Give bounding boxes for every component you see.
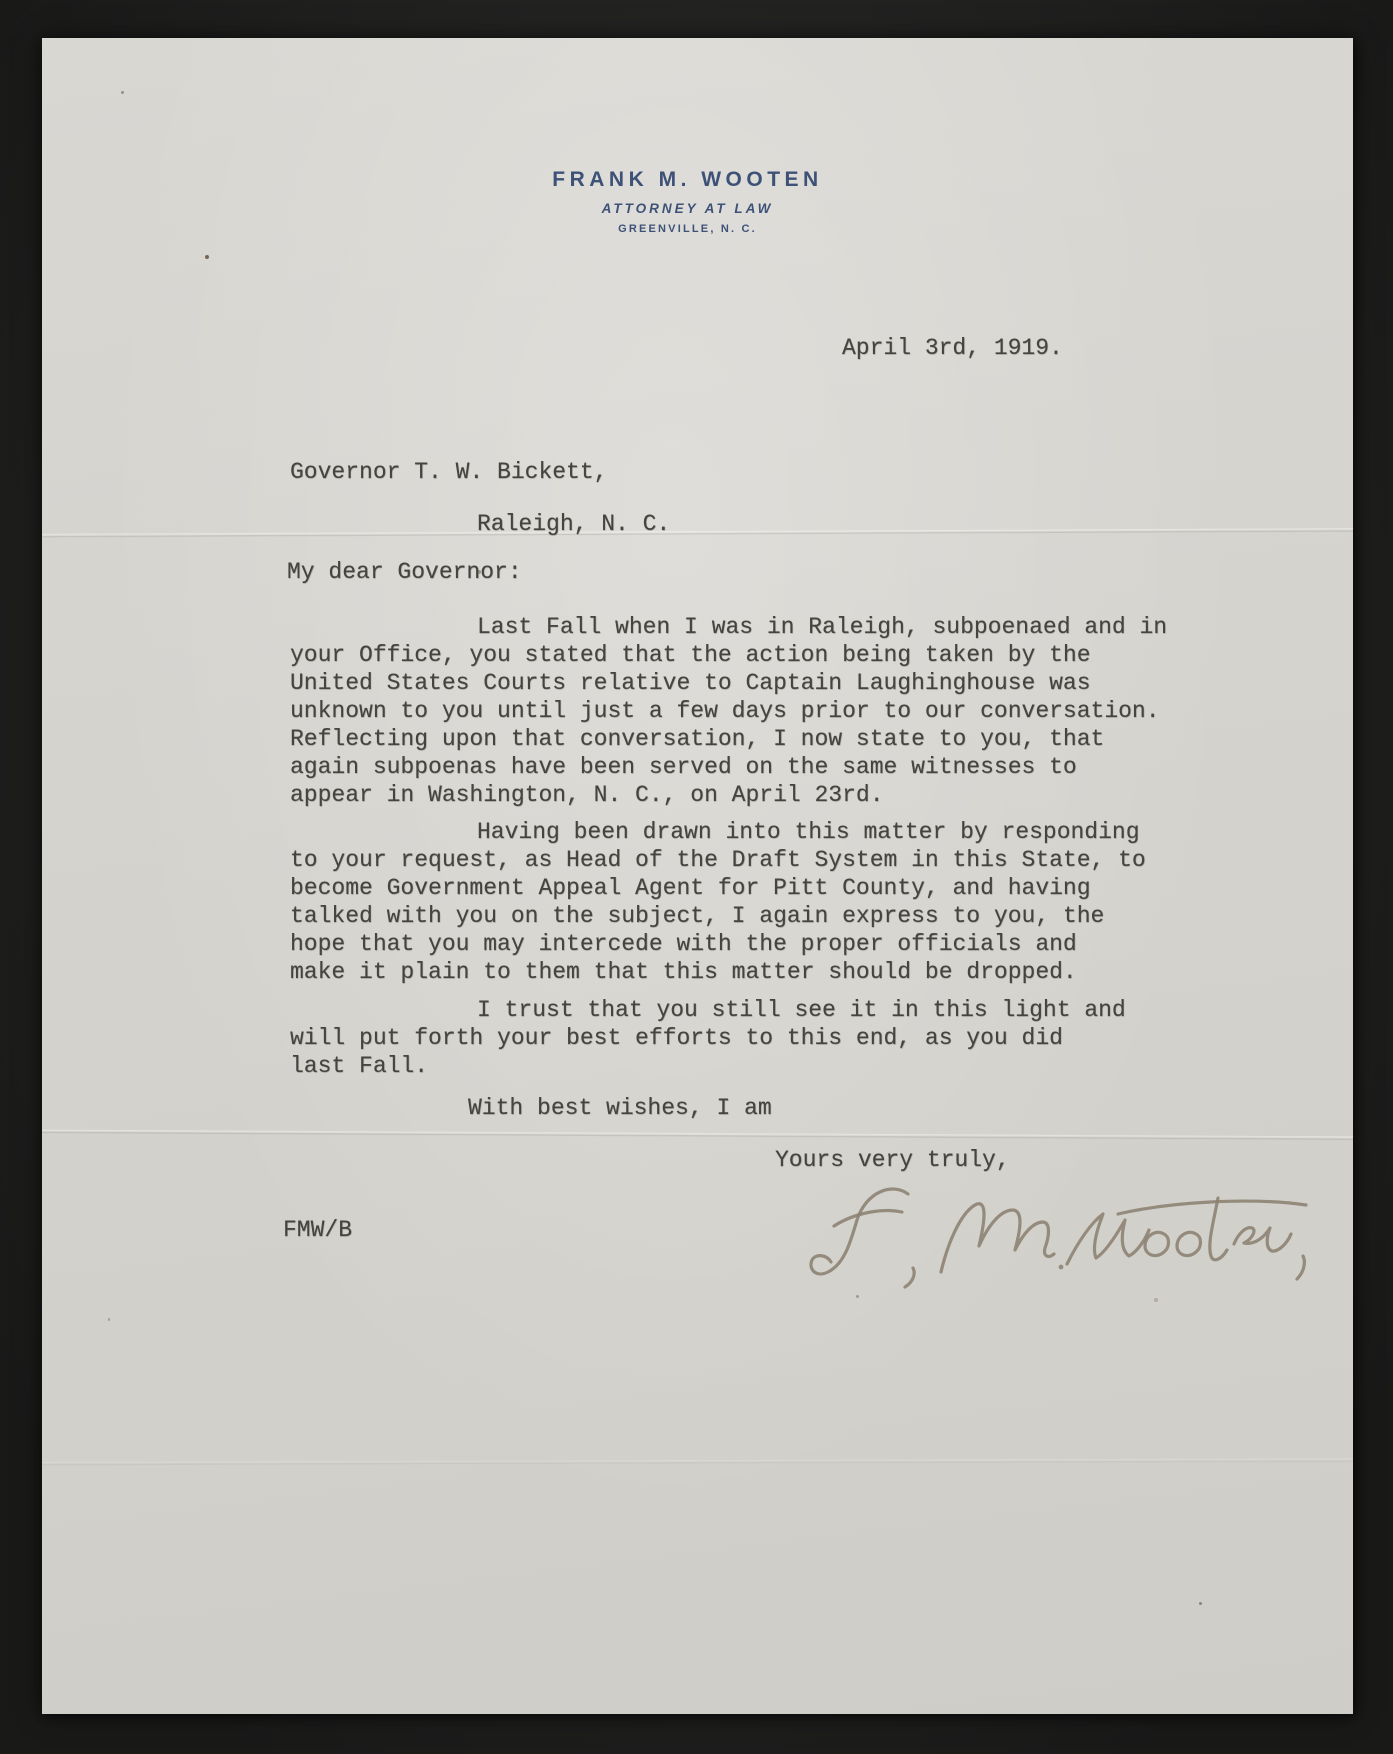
paragraph-line: Reflecting upon that conversation, I now… (290, 725, 1180, 753)
paper-speck (108, 1318, 110, 1321)
signature-flourish (1059, 1265, 1064, 1270)
paper-speck (205, 255, 209, 259)
paragraph-line: appear in Washington, N. C., on April 23… (290, 781, 1180, 809)
signature-flourish (811, 1189, 908, 1274)
paragraph-line: Having been drawn into this matter by re… (290, 818, 1180, 846)
letterhead-name: FRANK M. WOOTEN (32, 168, 1343, 192)
paragraph-line: your Office, you stated that the action … (290, 641, 1180, 669)
signature (800, 1164, 1340, 1324)
signature-flourish (1118, 1201, 1306, 1214)
paragraph-3: I trust that you still see it in this li… (290, 996, 1180, 1080)
signature-flourish (1210, 1198, 1227, 1260)
signature-flourish (1177, 1232, 1201, 1255)
letterhead-location: GREENVILLE, N. C. (32, 223, 1343, 235)
signature-flourish (1145, 1232, 1169, 1255)
paragraph-line: make it plain to them that this matter s… (290, 958, 1180, 986)
paragraph-line: United States Courts relative to Captain… (290, 669, 1180, 697)
signature-flourish (834, 1211, 902, 1226)
signature-flourish (1154, 1298, 1158, 1302)
paragraph-line: Last Fall when I was in Raleigh, subpoen… (290, 613, 1180, 641)
signature-flourish (1297, 1256, 1304, 1279)
paragraph-1: Last Fall when I was in Raleigh, subpoen… (290, 613, 1180, 809)
signature-flourish (1234, 1228, 1291, 1251)
recipient-name: Governor T. W. Bickett, (290, 458, 607, 486)
signature-flourish (905, 1268, 914, 1287)
paragraph-line: talked with you on the subject, I again … (290, 902, 1180, 930)
paragraph-line: I trust that you still see it in this li… (290, 996, 1180, 1024)
scan-background: FRANK M. WOOTEN ATTORNEY AT LAW GREENVIL… (0, 0, 1393, 1754)
signature-flourish (941, 1204, 1054, 1272)
date-line: April 3rd, 1919. (842, 334, 1063, 362)
paragraph-line: unknown to you until just a few days pri… (290, 697, 1180, 725)
fold-crease-middle (42, 1130, 1353, 1141)
closing-line: With best wishes, I am (468, 1094, 772, 1122)
letterhead-title: ATTORNEY AT LAW (32, 201, 1343, 216)
fold-crease-bottom (42, 1458, 1353, 1465)
typist-initials: FMW/B (283, 1216, 352, 1244)
recipient-city: Raleigh, N. C. (477, 510, 670, 538)
fold-crease-top (42, 528, 1353, 538)
paragraph-line: again subpoenas have been served on the … (290, 753, 1180, 781)
signature-flourish (1067, 1214, 1149, 1264)
paragraph-line: become Government Appeal Agent for Pitt … (290, 874, 1180, 902)
paper-speck (1199, 1602, 1202, 1605)
paragraph-line: last Fall. (290, 1052, 1180, 1080)
salutation: My dear Governor: (287, 558, 522, 586)
paragraph-line: hope that you may intercede with the pro… (290, 930, 1180, 958)
paper-speck (121, 91, 124, 94)
paragraph-line: to your request, as Head of the Draft Sy… (290, 846, 1180, 874)
paragraph-2: Having been drawn into this matter by re… (290, 818, 1180, 986)
letterhead: FRANK M. WOOTEN ATTORNEY AT LAW GREENVIL… (32, 168, 1343, 235)
paragraph-line: will put forth your best efforts to this… (290, 1024, 1180, 1052)
letter-paper: FRANK M. WOOTEN ATTORNEY AT LAW GREENVIL… (42, 38, 1353, 1714)
